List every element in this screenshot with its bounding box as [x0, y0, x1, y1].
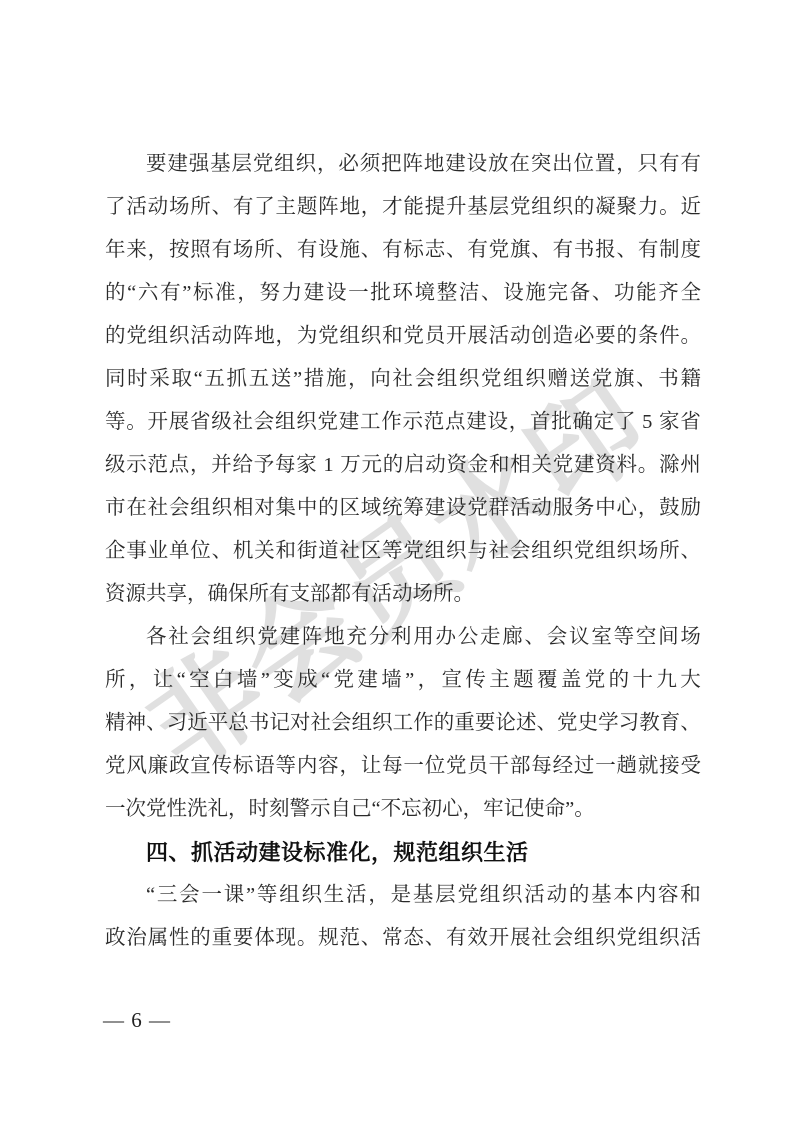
heading-line: 四、抓活动建设标准化，规范组织生活	[105, 831, 701, 874]
paragraph-4: “三会一课”等组织生活，是基层党组织活动的基本内容和政治属性的重要体现。规范、常…	[105, 874, 701, 960]
text-line: 政治属性的重要体现。规范、常态、有效开展社会组织党组织活	[105, 917, 701, 960]
text-line: 企事业单位、机关和街道社区等党组织与社会组织党组织场所、	[105, 530, 701, 573]
text-line: 市在社会组织相对集中的区域统筹建设党群活动服务中心，鼓励	[105, 487, 701, 530]
text-line: 同时采取“五抓五送”措施，向社会组织党组织赠送党旗、书籍	[105, 358, 701, 401]
text-line: 各社会组织党建阵地充分利用办公走廊、会议室等空间场	[105, 616, 701, 659]
section-heading: 四、抓活动建设标准化，规范组织生活	[105, 831, 701, 874]
text-line: “三会一课”等组织生活，是基层党组织活动的基本内容和	[105, 874, 701, 917]
text-line: 级示范点，并给予每家 1 万元的启动资金和相关党建资料。滁州	[105, 444, 701, 487]
document-body: 要建强基层党组织，必须把阵地建设放在突出位置，只有有了活动场所、有了主题阵地，才…	[105, 143, 701, 960]
text-line: 等。开展省级社会组织党建工作示范点建设，首批确定了 5 家省	[105, 401, 701, 444]
text-line: 年来，按照有场所、有设施、有标志、有党旗、有书报、有制度	[105, 229, 701, 272]
text-line: 的党组织活动阵地，为党组织和党员开展活动创造必要的条件。	[105, 315, 701, 358]
text-line: 要建强基层党组织，必须把阵地建设放在突出位置，只有有	[105, 143, 701, 186]
page-number: — 6 —	[103, 1005, 171, 1035]
text-line: 党风廉政宣传标语等内容，让每一位党员干部每经过一趟就接受	[105, 745, 701, 788]
text-line: 的“六有”标准，努力建设一批环境整洁、设施完备、功能齐全	[105, 272, 701, 315]
text-line: 所，让“空白墙”变成“党建墙”，宣传主题覆盖党的十九大	[105, 659, 701, 702]
paragraph-2: 各社会组织党建阵地充分利用办公走廊、会议室等空间场所，让“空白墙”变成“党建墙”…	[105, 616, 701, 831]
document-page: 非会员水印 要建强基层党组织，必须把阵地建设放在突出位置，只有有了活动场所、有了…	[0, 0, 794, 1123]
text-line: 了活动场所、有了主题阵地，才能提升基层党组织的凝聚力。近	[105, 186, 701, 229]
text-line: 一次党性洗礼，时刻警示自己“不忘初心，牢记使命”。	[105, 788, 701, 831]
text-line: 精神、习近平总书记对社会组织工作的重要论述、党史学习教育、	[105, 702, 701, 745]
text-line: 资源共享，确保所有支部都有活动场所。	[105, 573, 701, 616]
paragraph-1: 要建强基层党组织，必须把阵地建设放在突出位置，只有有了活动场所、有了主题阵地，才…	[105, 143, 701, 616]
